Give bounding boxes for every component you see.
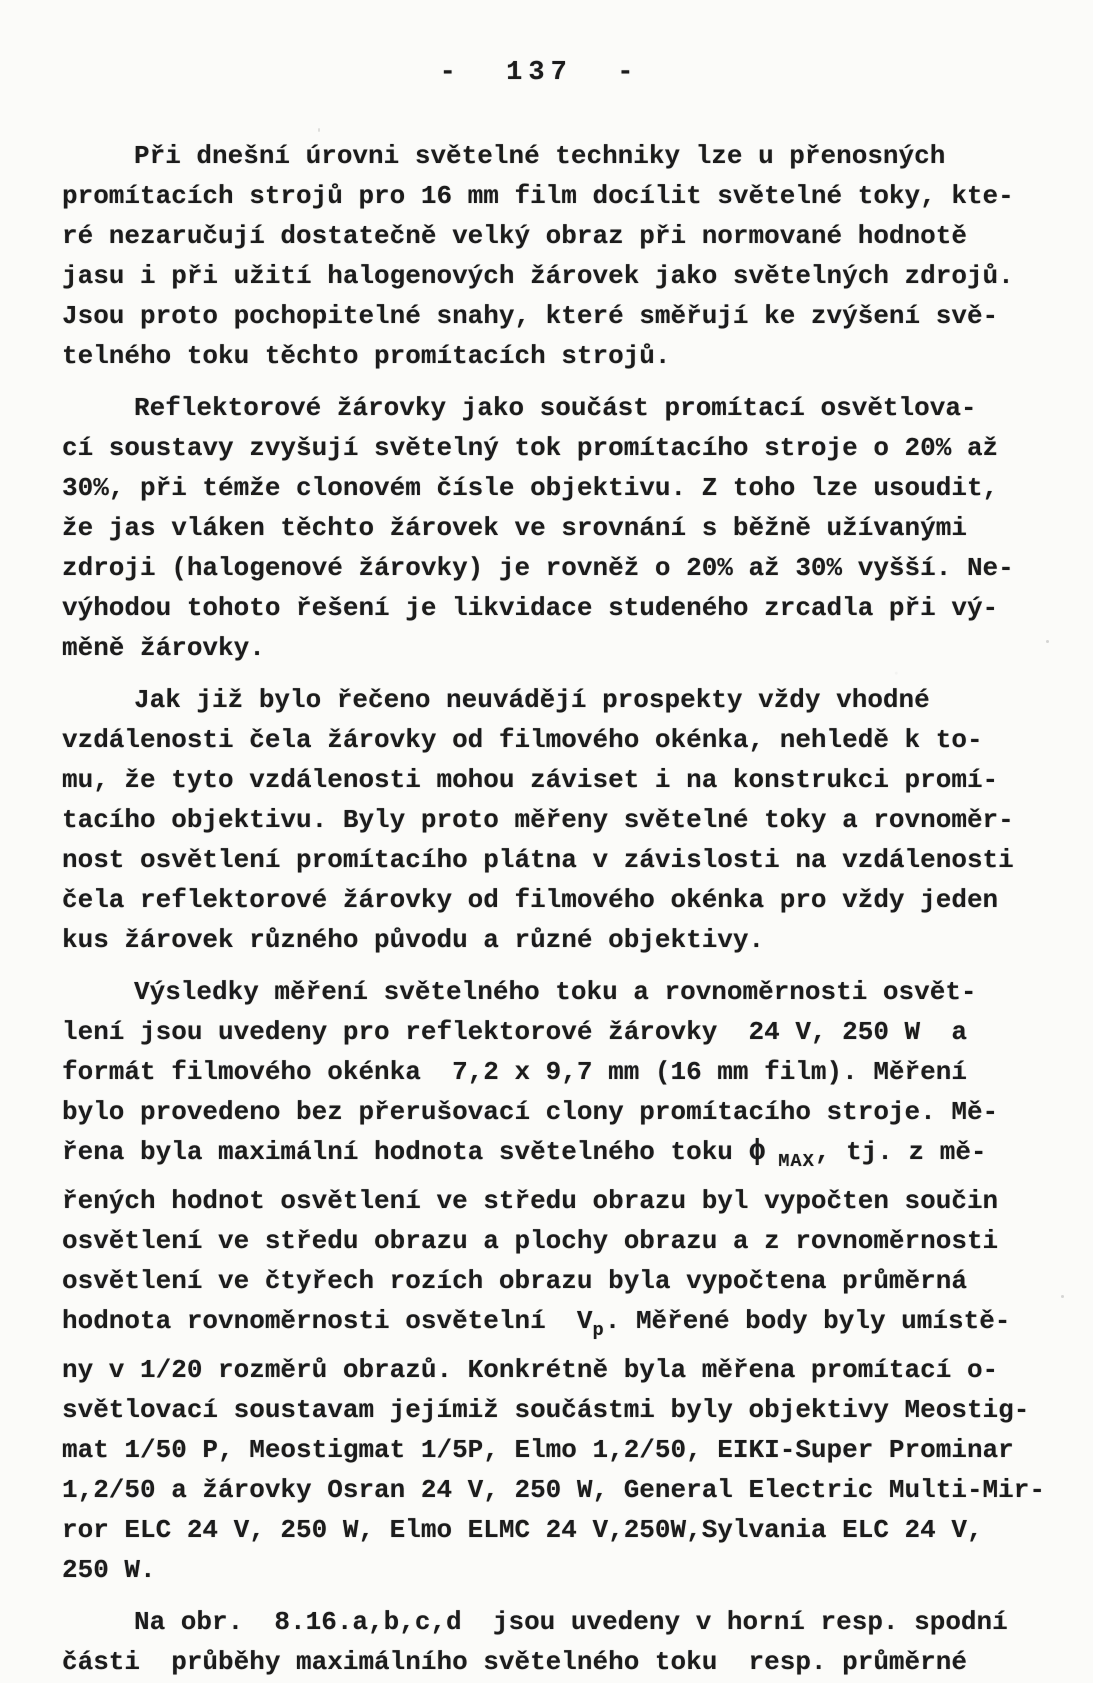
text-line: 30%, při témže clonovém čísle objektivu.… (62, 468, 1073, 508)
text-line: světlovací soustavam jejímiž součástmi b… (62, 1390, 1073, 1430)
paragraph: Na obr. 8.16.a,b,c,d jsou uvedeny v horn… (62, 1602, 1073, 1682)
text-line: hodnota rovnoměrnosti osvětelní Vp. Měře… (62, 1301, 1073, 1350)
text-line: výhodou tohoto řešení je likvidace stude… (62, 588, 1073, 628)
phi-symbol: ϕ (749, 1135, 766, 1168)
page-number: - 137 - (34, 58, 1045, 88)
text-line: Jsou proto pochopitelné snahy, které smě… (62, 296, 1073, 336)
document-body: Při dnešní úrovni světelné techniky lze … (62, 136, 1073, 1682)
text-segment: , tj. z mě- (815, 1137, 987, 1167)
text-line: osvětlení ve čtyřech rozích obrazu byla … (62, 1261, 1073, 1301)
text-line: Výsledky měření světelného toku a rovnom… (62, 972, 1073, 1012)
subscript-text: p (593, 1319, 605, 1341)
scan-artifact (318, 128, 320, 132)
text-line: Reflektorové žárovky jako součást promít… (62, 388, 1073, 428)
text-line: 250 W. (62, 1550, 1073, 1590)
text-line: nost osvětlení promítacího plátna v závi… (62, 840, 1073, 880)
text-line: řena byla maximální hodnota světelného t… (62, 1132, 1073, 1181)
text-segment: . Měřené body byly umístě- (605, 1306, 1011, 1336)
text-line: části průběhy maximálního světelného tok… (62, 1642, 1073, 1682)
text-line: zdroji (halogenové žárovky) je rovněž o … (62, 548, 1073, 588)
text-line: ré nezaručují dostatečně velký obraz při… (62, 216, 1073, 256)
paragraph: Při dnešní úrovni světelné techniky lze … (62, 136, 1073, 376)
text-line: řených hodnot osvětlení ve středu obrazu… (62, 1181, 1073, 1221)
text-segment: hodnota rovnoměrnosti osvětelní (62, 1306, 577, 1336)
text-line: mu, že tyto vzdálenosti mohou záviset i … (62, 760, 1073, 800)
text-line: tacího objektivu. Byly proto měřeny svět… (62, 800, 1073, 840)
text-line: vzdálenosti čela žárovky od filmového ok… (62, 720, 1073, 760)
text-line: mat 1/50 P, Meostigmat 1/5P, Elmo 1,2/50… (62, 1430, 1073, 1470)
text-line: lení jsou uvedeny pro reflektorové žárov… (62, 1012, 1073, 1052)
text-line: 1,2/50 a žárovky Osran 24 V, 250 W, Gene… (62, 1470, 1073, 1510)
text-segment: řena byla maximální hodnota světelného t… (62, 1137, 749, 1167)
paragraph: Výsledky měření světelného toku a rovnom… (62, 972, 1073, 1590)
text-line: promítacích strojů pro 16 mm film docíli… (62, 176, 1073, 216)
text-line: kus žárovek různého původu a různé objek… (62, 920, 1073, 960)
scanned-page-background: { "page": { "number_label": "- 137 -" },… (0, 0, 1093, 1683)
document-page: - 137 - Při dnešní úrovni světelné techn… (0, 0, 1093, 1683)
text-line: měně žárovky. (62, 628, 1073, 668)
text-line: bylo provedeno bez přerušovací clony pro… (62, 1092, 1073, 1132)
paragraph: Jak již bylo řečeno neuvádějí prospekty … (62, 680, 1073, 960)
text-line: cí soustavy zvyšují světelný tok promíta… (62, 428, 1073, 468)
text-line: jasu i při užití halogenových žárovek ja… (62, 256, 1073, 296)
text-line: telného toku těchto promítacích strojů. (62, 336, 1073, 376)
text-line: Při dnešní úrovni světelné techniky lze … (62, 136, 1073, 176)
paragraph: Reflektorové žárovky jako součást promít… (62, 388, 1073, 668)
text-line: že jas vláken těchto žárovek ve srovnání… (62, 508, 1073, 548)
text-line: ror ELC 24 V, 250 W, Elmo ELMC 24 V,250W… (62, 1510, 1073, 1550)
text-segment: V (577, 1306, 593, 1336)
text-line: formát filmového okénka 7,2 x 9,7 mm (16… (62, 1052, 1073, 1092)
text-line: čela reflektorové žárovky od filmového o… (62, 880, 1073, 920)
text-line: osvětlení ve středu obrazu a plochy obra… (62, 1221, 1073, 1261)
subscript-text: MAX (766, 1150, 815, 1172)
text-line: ny v 1/20 rozměrů obrazů. Konkrétně byla… (62, 1350, 1073, 1390)
text-line: Jak již bylo řečeno neuvádějí prospekty … (62, 680, 1073, 720)
text-line: Na obr. 8.16.a,b,c,d jsou uvedeny v horn… (62, 1602, 1073, 1642)
